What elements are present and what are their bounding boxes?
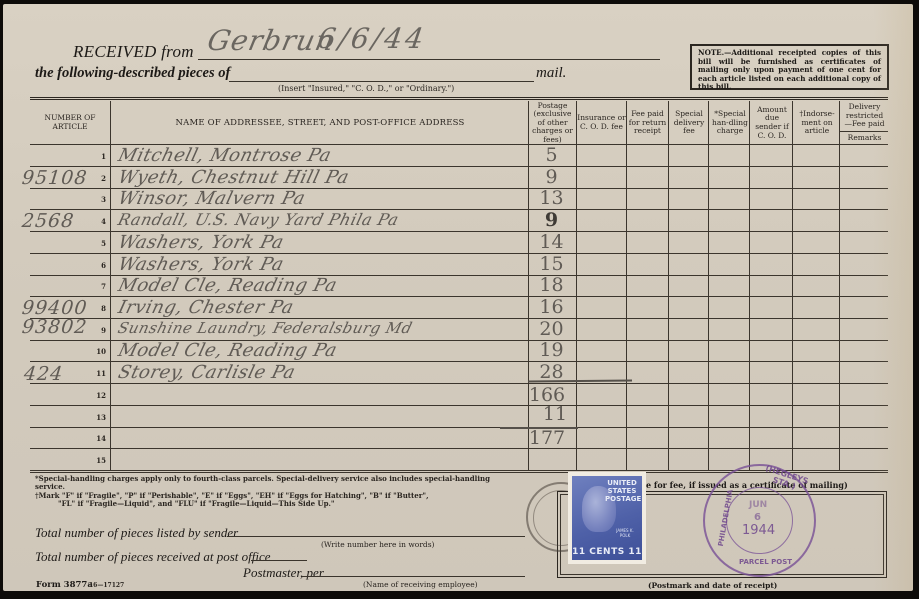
received-from-underline (198, 59, 660, 60)
postage-value: 15 (528, 253, 575, 275)
col-divider (110, 101, 111, 470)
header-postage: Postage (exclusive of other charges or f… (529, 101, 576, 145)
postage-value: 19 (528, 339, 575, 361)
header-number-of-article: NUMBER OF ARTICLE (32, 101, 108, 145)
addressee: Washers, York Pa (116, 254, 286, 275)
employee-name-hint: (Name of receiving employee) (363, 580, 478, 589)
addressee: Randall, U.S. Navy Yard Phila Pa (116, 210, 401, 229)
total-received-label: Total number of pieces received at post … (35, 549, 271, 565)
col-divider (839, 101, 840, 470)
row-number: 3 (92, 195, 106, 204)
stamp-subject: JAMES K. POLK (612, 528, 638, 538)
col-divider (626, 101, 627, 470)
postage-value: 11 (500, 403, 610, 425)
article-number: 2568 (21, 210, 76, 232)
row-number: 9 (92, 326, 106, 335)
postage-value: 16 (528, 296, 575, 318)
pieces-of-underline (229, 81, 534, 82)
row-rule (30, 448, 888, 449)
postmark-service: PARCEL POST (739, 558, 792, 566)
stamp-portrait-icon: UNITED STATES POSTAGE JAMES K. POLK 11 C… (572, 476, 642, 560)
row-number: 4 (92, 217, 106, 226)
postmark-year: 1944 (742, 523, 775, 538)
insert-hint: (Insert "Insured," "C. O. D.," or "Ordin… (278, 84, 454, 93)
postage-value: 5 (528, 144, 575, 166)
header-delivery-restricted: Delivery restricted —Fee paid (841, 101, 888, 131)
row-number: 7 (92, 282, 106, 291)
addressee: Irving, Chester Pa (116, 297, 296, 318)
addressee: Wyeth, Chestnut Hill Pa (116, 167, 351, 188)
total-listed-label: Total number of pieces listed by sender (35, 525, 238, 541)
postage-value: 14 (528, 231, 575, 253)
row-number: 10 (88, 347, 106, 356)
postage-value: 13 (528, 187, 575, 209)
stamp-country: UNITED STATES POSTAGE (605, 479, 639, 503)
row-number: 13 (88, 413, 106, 422)
row-number: 8 (92, 304, 106, 313)
row-number: 12 (88, 391, 106, 400)
header-addressee: NAME OF ADDRESSEE, STREET, AND POST-OFFI… (111, 101, 529, 145)
article-number: 424 (23, 363, 65, 385)
col-divider (792, 101, 793, 470)
postage-stamp: UNITED STATES POSTAGE JAMES K. POLK 11 C… (568, 472, 646, 564)
header-remarks: Remarks (841, 132, 888, 144)
col-divider (668, 101, 669, 470)
total-received-field[interactable] (251, 560, 307, 561)
header-insurance-cod-fee: Insurance or C. O. D. fee (577, 101, 626, 145)
row-number: 14 (88, 434, 106, 443)
total-listed-field[interactable] (227, 536, 525, 537)
postage-value: 18 (528, 274, 575, 296)
header-special-delivery-fee: Special delivery fee (669, 101, 709, 145)
header-amount-due-cod: Amount due sender if C. O. D. (751, 101, 793, 145)
addressee: Model Cle, Reading Pa (116, 275, 339, 296)
postmark-caption: (Postmark and date of receipt) (648, 581, 777, 590)
row-rule (30, 405, 888, 406)
postmark-month: JUN (749, 500, 767, 510)
special-handling-footnote: *Special-handling charges apply only to … (35, 475, 505, 492)
col-divider (708, 101, 709, 470)
mailing-receipt-form: RECEIVED from Gerbrun 6/6/44 the followi… (3, 4, 913, 591)
stamp-value: 11 CENTS 11 (572, 547, 642, 557)
write-in-words-hint: (Write number here in words) (321, 540, 435, 549)
addressee: Washers, York Pa (116, 232, 286, 253)
postage-value: 177 (492, 427, 602, 449)
row-number: 11 (88, 369, 106, 378)
row-rule (30, 383, 888, 384)
postage-value: 9 (528, 166, 575, 188)
row-number: 5 (92, 239, 106, 248)
pieces-of-label: the following-described pieces of (35, 65, 230, 82)
form-number: Form 3877a (36, 580, 93, 590)
header-special-handling-charge: *Special han-dling charge (710, 101, 750, 145)
header-return-receipt-fee: Fee paid for return receipt (627, 101, 668, 145)
row-rule (30, 427, 888, 428)
article-number: 95108 (21, 167, 89, 189)
row-number: 1 (92, 152, 106, 161)
header-indorsement: †Indorse-ment on article (794, 101, 840, 145)
receiving-employee-field[interactable] (302, 576, 525, 577)
postage-value: 9 (528, 209, 575, 231)
addressee: Winsor, Malvern Pa (116, 188, 308, 209)
article-number: 93802 (21, 316, 89, 338)
row-number: 15 (88, 456, 106, 465)
addressee: Mitchell, Montrose Pa (116, 145, 334, 166)
addressee: Storey, Carlisle Pa (116, 362, 298, 383)
postmaster-label: Postmaster, per (243, 565, 324, 581)
postage-value: 20 (528, 318, 575, 340)
table-top-rule (30, 97, 888, 100)
col-divider (749, 101, 750, 470)
received-date: 6/6/44 (316, 22, 429, 55)
received-from-label: RECEIVED from (73, 42, 194, 62)
note-box: NOTE.—Additional receipted copies of thi… (690, 44, 889, 90)
mail-label: mail. (536, 65, 566, 82)
postmark-circle-icon: (HEGLEYS STA.) PHILADELPHIA PARCEL POST … (703, 464, 816, 577)
form-code: 16—17127 (89, 582, 124, 589)
row-number: 2 (92, 174, 106, 183)
addressee: Sunshine Laundry, Federalsburg Md (116, 319, 414, 337)
addressee: Model Cle, Reading Pa (116, 340, 339, 361)
row-number: 6 (92, 261, 106, 270)
mark-footnote-line2: "FL" if "Fragile—Liquid", and "FLU" if "… (58, 500, 518, 508)
postmark-day: 6 (754, 512, 761, 523)
